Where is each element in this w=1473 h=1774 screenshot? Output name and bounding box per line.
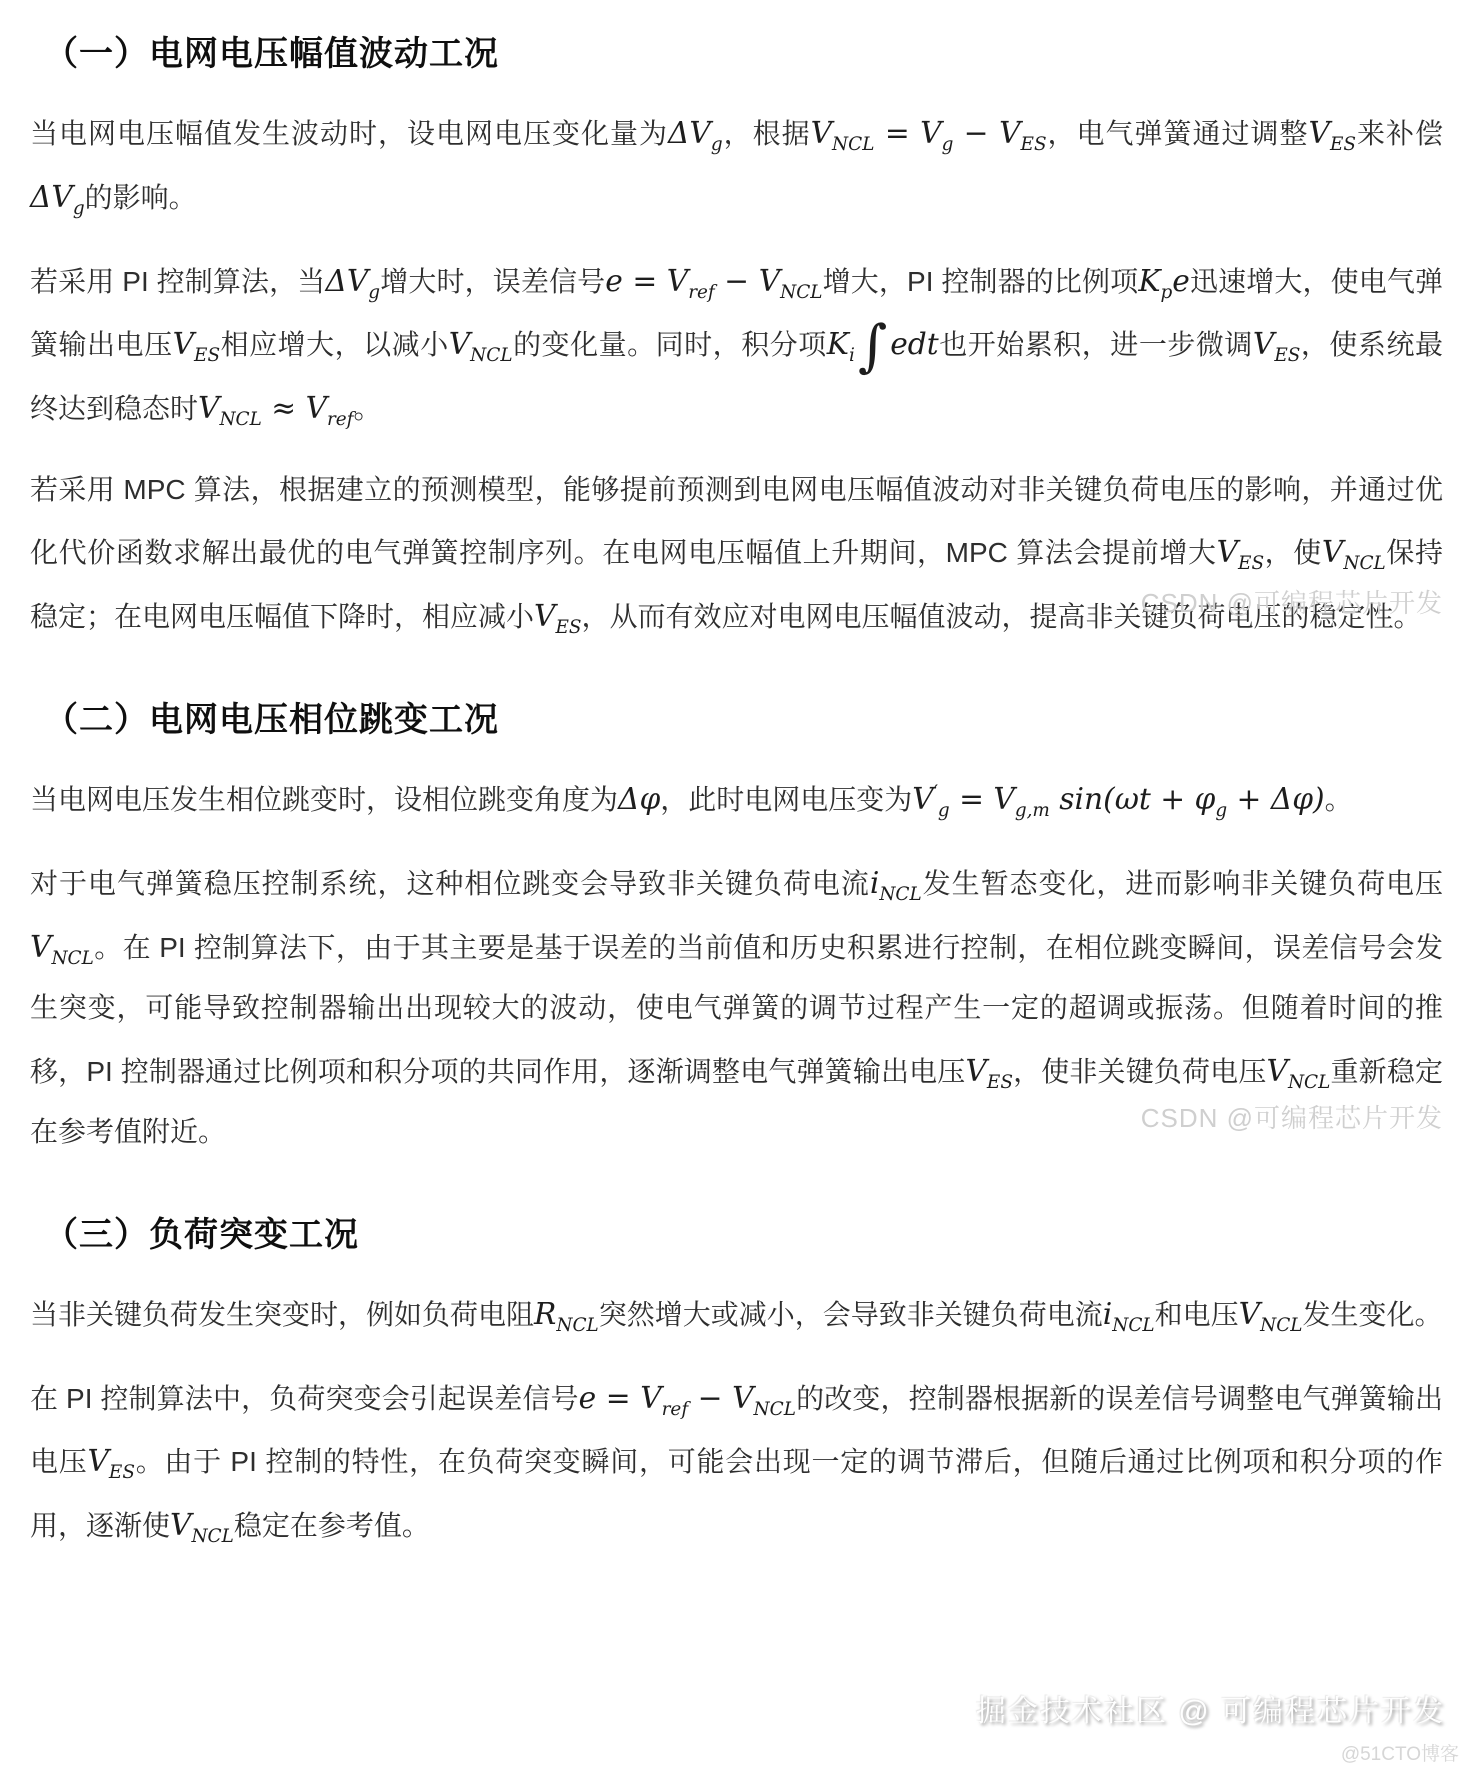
csdn-watermark: CSDN @可编程芯片开发 [1141,1091,1443,1147]
51cto-watermark: @51CTO博客 [1341,1739,1459,1766]
document-page: （一）电网电压幅值波动工况 当电网电压幅值发生波动时，设电网电压变化量为ΔVg，… [0,0,1473,1774]
section-2-paragraph-1: 当电网电压发生相位跳变时，设相位跳变角度为Δφ，此时电网电压变为V′g = Vg… [30,767,1443,831]
section-1-heading: （一）电网电压幅值波动工况 [30,26,1443,75]
section-1-paragraph-3: CSDN @可编程芯片开发若采用 MPC 算法，根据建立的预测模型，能够提前预测… [30,460,1443,648]
section-2-heading: （二）电网电压相位跳变工况 [30,692,1443,741]
section-1-paragraph-2: 若采用 PI 控制算法，当ΔVg增大时，误差信号e = Vref − VNCL增… [30,249,1443,440]
section-3-paragraph-2: 在 PI 控制算法中，负荷突变会引起误差信号e = Vref − VNCL的改变… [30,1366,1443,1557]
section-1-paragraph-1: 当电网电压幅值发生波动时，设电网电压变化量为ΔVg，根据VNCL = Vg − … [30,101,1443,229]
section-3-heading: （三）负荷突变工况 [30,1207,1443,1256]
section-2-paragraph-2: CSDN @可编程芯片开发对于电气弹簧稳压控制系统，这种相位跳变会导致非关键负荷… [30,851,1443,1163]
section-3-paragraph-1: 当非关键负荷发生突变时，例如负荷电阻RNCL突然增大或减小，会导致非关键负荷电流… [30,1282,1443,1346]
juejin-watermark: 掘金技术社区 @ 可编程芯片开发 [976,1686,1445,1730]
csdn-watermark: CSDN @可编程芯片开发 [1141,576,1443,632]
